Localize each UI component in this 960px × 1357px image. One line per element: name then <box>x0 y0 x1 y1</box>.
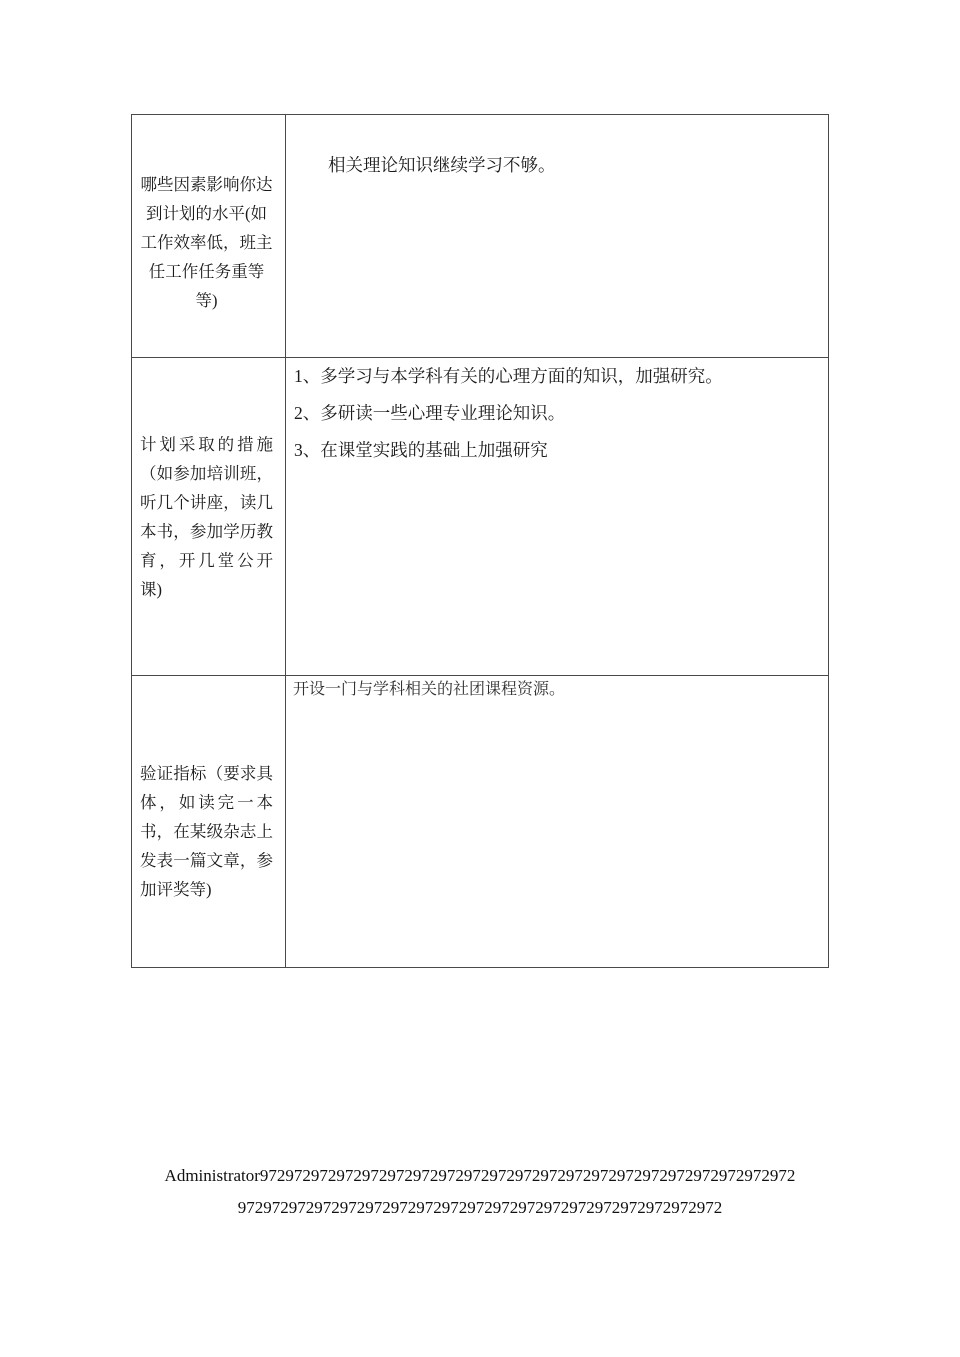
measures-label-text: 计划采取的措施（如参加培训班，听几个讲座，读几本书，参加学历教育，开几堂公开课) <box>140 430 273 604</box>
table-row-influencing-factors: 哪些因素影响你达到计划的水平(如工作效率低，班主任工作任务重等等) 相关理论知识… <box>132 115 829 358</box>
cell-indicators-content: 开设一门与学科相关的社团课程资源。 <box>286 676 829 968</box>
footer-watermark-line-1: Administrator972972972972972972972972972… <box>0 1160 960 1192</box>
table-row-verification-indicators: 验证指标（要求具体，如读完一本书，在某级杂志上发表一篇文章，参加评奖等) 开设一… <box>132 676 829 968</box>
table-row-planned-measures: 计划采取的措施（如参加培训班，听几个讲座，读几本书，参加学历教育，开几堂公开课)… <box>132 358 829 676</box>
development-plan-table: 哪些因素影响你达到计划的水平(如工作效率低，班主任工作任务重等等) 相关理论知识… <box>131 114 829 968</box>
measure-item-3: 3、在课堂实践的基础上加强研究 <box>294 432 816 469</box>
measure-item-1: 1、多学习与本学科有关的心理方面的知识，加强研究。 <box>294 358 816 395</box>
cell-factors-content: 相关理论知识继续学习不够。 <box>286 115 829 358</box>
measure-item-2: 2、多研读一些心理专业理论知识。 <box>294 395 816 432</box>
factors-content-text: 相关理论知识继续学习不够。 <box>294 150 816 180</box>
cell-indicators-label: 验证指标（要求具体，如读完一本书，在某级杂志上发表一篇文章，参加评奖等) <box>132 676 286 968</box>
footer-watermark: Administrator972972972972972972972972972… <box>0 1160 960 1223</box>
cell-measures-content: 1、多学习与本学科有关的心理方面的知识，加强研究。 2、多研读一些心理专业理论知… <box>286 358 829 676</box>
factors-label-text: 哪些因素影响你达到计划的水平(如工作效率低，班主任工作任务重等等) <box>140 158 273 315</box>
indicators-content-text: 开设一门与学科相关的社团课程资源。 <box>293 680 816 700</box>
indicators-label-text: 验证指标（要求具体，如读完一本书，在某级杂志上发表一篇文章，参加评奖等) <box>140 739 273 904</box>
cell-measures-label: 计划采取的措施（如参加培训班，听几个讲座，读几本书，参加学历教育，开几堂公开课) <box>132 358 286 676</box>
footer-watermark-line-2: 9729729729729729729729729729729729729729… <box>0 1192 960 1224</box>
cell-factors-label: 哪些因素影响你达到计划的水平(如工作效率低，班主任工作任务重等等) <box>132 115 286 358</box>
